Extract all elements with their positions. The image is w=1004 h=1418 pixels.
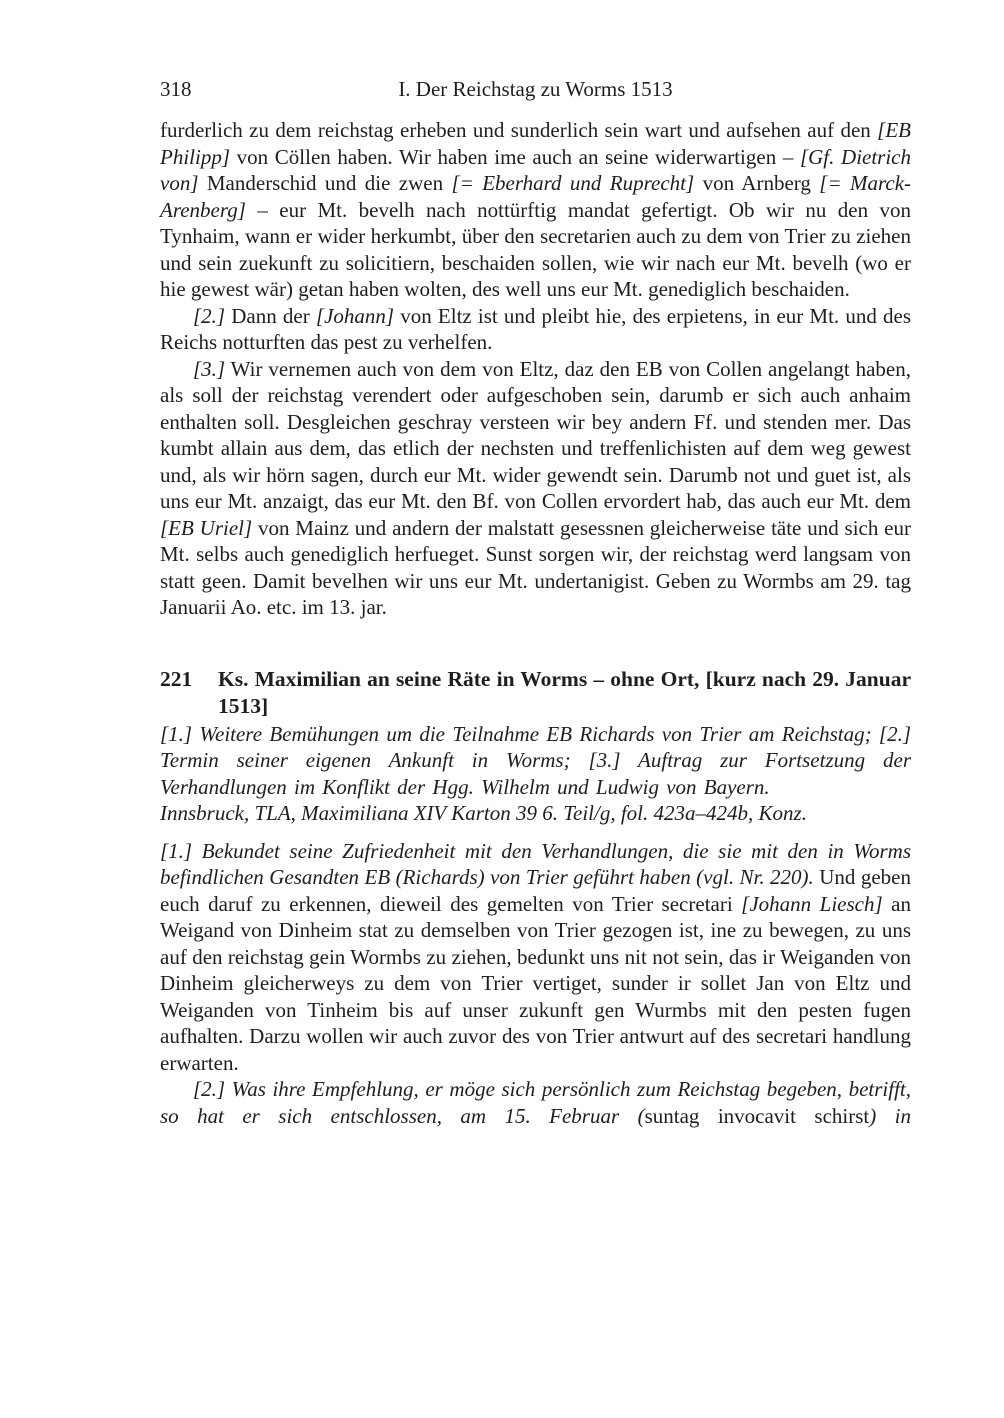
- letter-paragraph-2: [2.] Dann der [Johann] von Eltz ist und …: [160, 303, 911, 356]
- letter-paragraph-3: [3.] Wir vernemen auch von dem von Eltz,…: [160, 356, 911, 621]
- letter-paragraph-continuation: furderlich zu dem reichstag erheben und …: [160, 117, 911, 303]
- page-header: 318 I. Der Reichstag zu Worms 1513: [160, 76, 911, 102]
- text-column: furderlich zu dem reichstag erheben und …: [160, 117, 911, 1129]
- entry-221-head: 221 Ks. Maximilian an seine Räte in Worm…: [160, 666, 911, 721]
- running-title: I. Der Reichstag zu Worms 1513: [160, 76, 911, 102]
- entry-summary: [1.] Weitere Bemühungen um die Teilnahme…: [160, 721, 911, 801]
- entry-heading: Ks. Maximilian an seine Räte in Worms – …: [218, 666, 911, 721]
- book-page: 318 I. Der Reichstag zu Worms 1513 furde…: [0, 0, 1004, 1418]
- entry-paragraph-1: [1.] Bekundet seine Zufriedenheit mit de…: [160, 838, 911, 1077]
- entry-number: 221: [160, 666, 218, 721]
- entry-221: 221 Ks. Maximilian an seine Räte in Worm…: [160, 666, 911, 1130]
- entry-body: [1.] Bekundet seine Zufriedenheit mit de…: [160, 838, 911, 1130]
- entry-source-citation: Innsbruck, TLA, Maximiliana XIV Karton 3…: [160, 800, 911, 827]
- entry-paragraph-2: [2.] Was ihre Empfehlung, er möge sich p…: [160, 1076, 911, 1129]
